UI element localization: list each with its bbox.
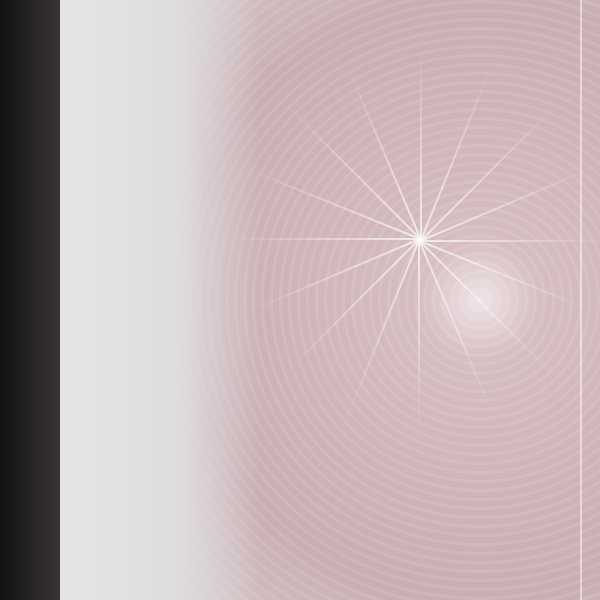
certificate-content-2 — [0, 0, 600, 600]
